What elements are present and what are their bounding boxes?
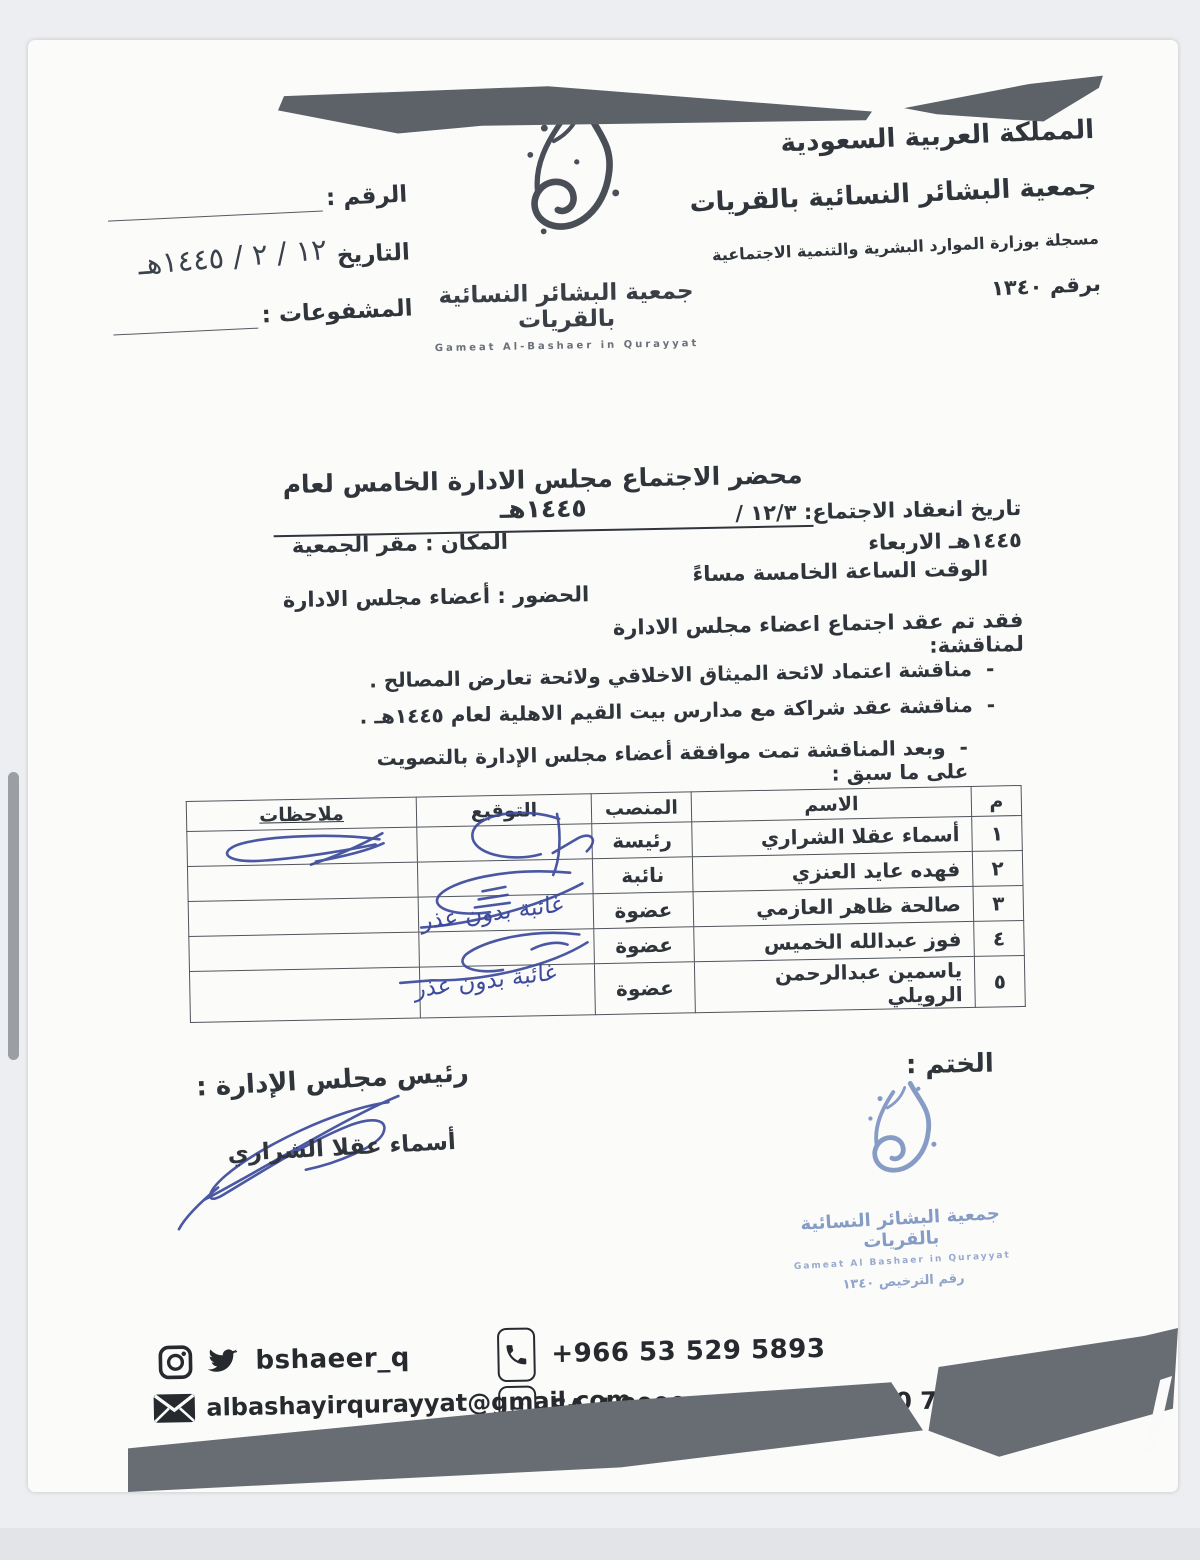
cell-signature (417, 824, 593, 862)
bullet-dash: - (986, 656, 995, 680)
cell-name: ياسمين عبدالرحمن الرويلي (694, 956, 975, 1012)
bullet-dash: - (986, 692, 995, 716)
cell-no: ٥ (974, 955, 1025, 1007)
document-content: المملكة العربية السعودية جمعية البشائر ا… (28, 40, 1178, 1492)
logo-arabic-name: جمعية البشائر النسائية بالقريات (411, 278, 722, 336)
phone-row: +966 53 529 5893 (497, 1322, 826, 1382)
date-label: التاريخ (336, 239, 410, 268)
viewer-bottom-strip (0, 1528, 1200, 1560)
meeting-time-line: الوقت الساعة الخامسة مساءً (692, 557, 988, 587)
cell-notes (189, 967, 420, 1022)
cell-no: ٤ (974, 920, 1025, 956)
resolution-text: وبعد المناقشة تمت موافقة أعضاء مجلس الإد… (376, 735, 968, 785)
cell-name: فهده عايد العنزي (692, 851, 973, 891)
col-header-notes: ملاحظات (186, 797, 417, 831)
attachments-label: المشفوعات : (261, 295, 413, 328)
twitter-icon (201, 1343, 244, 1380)
form-fields: الرقم : التاريخ ١٢ / ٢ / ١٤٤٥هـ المشفوعا… (107, 182, 414, 360)
bullet-dash: - (959, 735, 968, 759)
col-header-position: المنصب (591, 792, 692, 824)
meeting-date-line: تاريخ انعقاد الاجتماع: ١٢/٣ / ١٤٤٥هـ الا… (671, 492, 1022, 563)
cell-no: ١ (972, 815, 1023, 851)
instagram-icon (157, 1344, 194, 1381)
agenda-item-text: مناقشة اعتماد لائحة الميثاق الاخلاقي ولا… (369, 657, 972, 693)
phone-icon (497, 1327, 536, 1382)
cell-position: عضوة (593, 892, 694, 929)
handwritten-date: ١٢ / ٢ / ١٤٤٥هـ (137, 232, 328, 281)
agenda-list: -مناقشة اعتماد لائحة الميثاق الاخلاقي ول… (326, 650, 995, 735)
number-label: الرقم : (325, 182, 407, 212)
cell-signature (417, 859, 593, 897)
chairman-name: أسماء عقلا الشراري (227, 1129, 457, 1167)
agenda-item-text: مناقشة عقد شراكة مع مدارس بيت القيم الاه… (359, 693, 973, 729)
cell-no: ٣ (973, 885, 1024, 921)
cell-name: أسماء عقلا الشراري (692, 816, 973, 856)
phone-number: +966 53 529 5893 (551, 1334, 826, 1369)
social-row: bshaeer_q (157, 1340, 410, 1381)
cell-name: صالحة ظاهر العازمي (693, 886, 974, 926)
social-handle: bshaeer_q (255, 1343, 410, 1376)
cell-notes (187, 862, 418, 901)
logo-english-name: Gameat Al-Bashaer in Qurayyat (412, 338, 722, 355)
number-field: الرقم : (107, 182, 408, 222)
cell-notes (189, 932, 420, 971)
resolution-line: -وبعد المناقشة تمت موافقة أعضاء مجلس الإ… (376, 735, 969, 794)
attachments-blank-line (112, 303, 258, 336)
cell-no: ٢ (972, 850, 1023, 886)
org-logo: جمعية البشائر النسائية بالقريات Gameat A… (407, 96, 722, 355)
email-icon (152, 1392, 197, 1425)
document-page: المملكة العربية السعودية جمعية البشائر ا… (28, 40, 1178, 1492)
attachments-field: المشفوعات : (112, 295, 413, 335)
cell-position: عضوة (594, 927, 695, 964)
association-stamp: جمعية البشائر النسائية بالقريات Gameat A… (753, 1069, 1044, 1297)
date-field: التاريخ ١٢ / ٢ / ١٤٤٥هـ (109, 231, 410, 279)
stamp-arabic-name: جمعية البشائر النسائية بالقريات (760, 1201, 1042, 1258)
cell-name: فوز عبدالله الخميس (694, 921, 975, 961)
scan-viewer-background: المملكة العربية السعودية جمعية البشائر ا… (0, 0, 1200, 1560)
meeting-attendance-line: الحضور : أعضاء مجلس الادارة (283, 582, 590, 612)
cell-position: نائبة (592, 857, 693, 894)
cell-notes (187, 827, 418, 866)
cell-notes (188, 897, 419, 936)
cell-signature (419, 929, 595, 967)
chairman-label: رئيس مجلس الإدارة : (195, 1058, 469, 1103)
stamp-flame-icon (834, 1073, 959, 1205)
members-table: م الاسم المنصب التوقيع ملاحظات ١ أسماء ع… (186, 785, 1026, 1023)
col-header-signature: التوقيع (416, 794, 592, 827)
scrollbar[interactable] (8, 772, 19, 1060)
cell-position: عضوة (594, 962, 695, 1015)
col-header-no: م (971, 785, 1022, 816)
number-blank-line (107, 186, 323, 222)
meeting-place-line: المكان : مقر الجمعية (292, 530, 509, 558)
cell-position: رئيسة (592, 822, 693, 859)
